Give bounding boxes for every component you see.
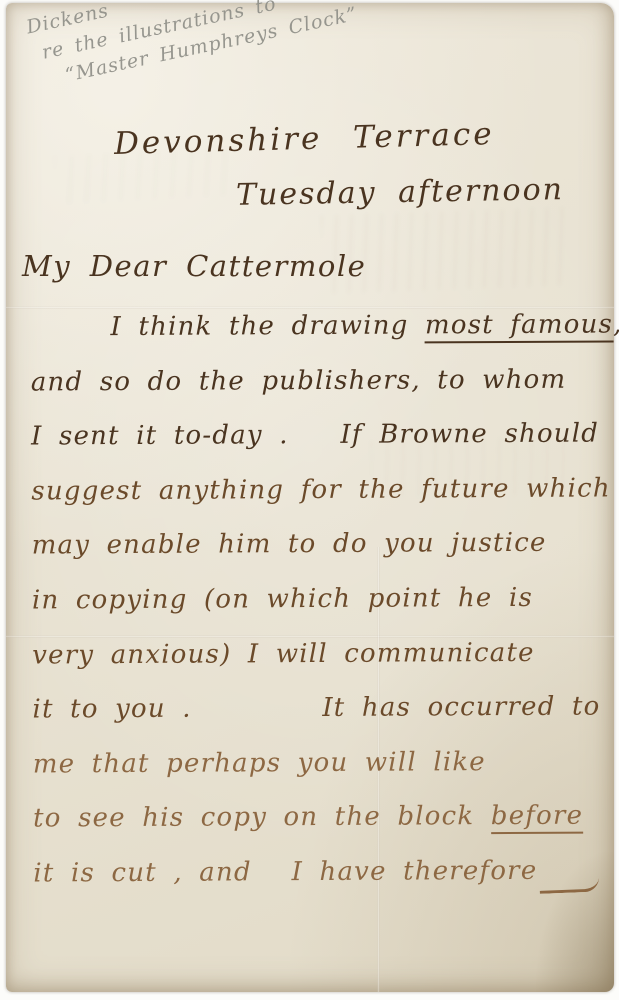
line-gap <box>192 716 323 717</box>
letter-line: I think the drawing most famous, <box>30 310 598 368</box>
underlined-word: most famous <box>425 309 613 343</box>
letter-line: and so do the publishers, to whom <box>31 364 599 422</box>
letter-text: very anxious) I will communicate <box>32 637 535 670</box>
letter-text: it is cut , and <box>33 857 252 888</box>
letter-text: to see his copy on the block <box>33 801 491 833</box>
underlined-word: before <box>491 801 583 834</box>
letter-body: I think the drawing most famous,and so d… <box>30 310 601 913</box>
letter-line: it to you .It has occurred to <box>32 692 600 750</box>
letter-address-line: Devonshire Terrace <box>114 116 495 162</box>
letter-line: I sent it to-day .If Browne should <box>31 419 599 477</box>
letter-text: I think the drawing <box>110 310 425 342</box>
letter-text: suggest anything for the future which <box>31 473 611 506</box>
fold-crease-horizontal-upper <box>6 306 614 309</box>
letter-text: in copying (on which point he is <box>32 583 533 616</box>
letter-line: me that perhaps you will like <box>33 746 601 804</box>
letter-text: I sent it to-day . <box>31 420 289 451</box>
letter-text: it to you . <box>32 694 191 725</box>
letter-text: It has occurred to <box>322 692 600 723</box>
letter-line: in copying (on which point he is <box>32 582 600 640</box>
letter-line: to see his copy on the block before <box>33 801 601 859</box>
letter-text: , <box>613 309 619 339</box>
letter-text: may enable him to do you justice <box>32 528 547 561</box>
letter-page: Dickens re the illustrations to “Master … <box>6 3 614 992</box>
letter-text: I have therefore <box>291 856 537 887</box>
letter-line: suggest anything for the future which <box>31 473 599 531</box>
letter-text: me that perhaps you will like <box>33 747 486 779</box>
letter-text: If Browne should <box>340 419 599 450</box>
pen-flourish <box>539 876 600 893</box>
letter-text: and so do the publishers, to whom <box>31 364 567 397</box>
letter-line: may enable him to do you justice <box>32 528 600 586</box>
archival-pencil-note: Dickens re the illustrations to “Master … <box>24 0 360 96</box>
letter-date-line: Tuesday afternoon <box>236 172 565 213</box>
letter-photograph: Dickens re the illustrations to “Master … <box>0 0 619 1000</box>
letter-line: it is cut , andI have therefore <box>33 855 601 913</box>
letter-salutation: My Dear Cattermole <box>22 249 366 283</box>
letter-line: very anxious) I will communicate <box>32 637 600 695</box>
